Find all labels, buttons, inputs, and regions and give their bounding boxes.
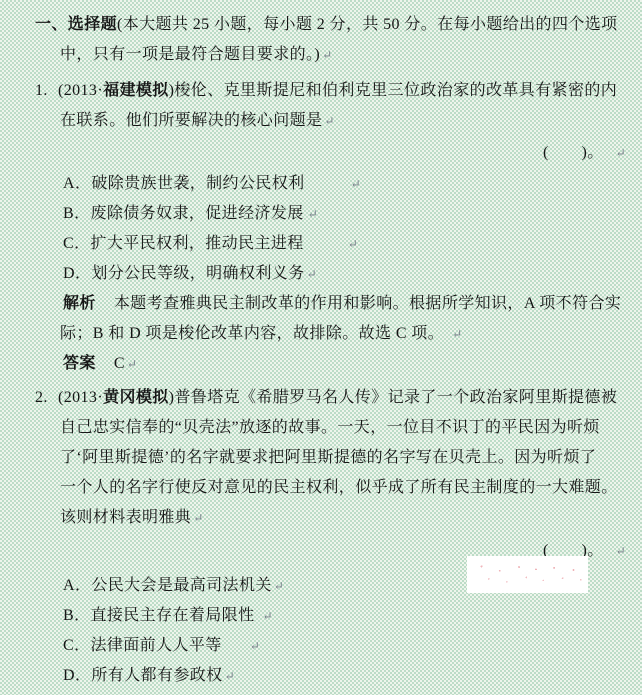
q2-option-b: B．直接民主存在着局限性↵: [63, 606, 273, 626]
paragraph-mark-icon: ↵: [193, 511, 203, 525]
q1-option-b: B．废除债务奴隶，促进经济发展↵: [63, 204, 318, 224]
paragraph-mark-icon: ↵: [348, 237, 358, 251]
q2-option-a-text: A．公民大会是最高司法机关: [63, 577, 272, 594]
q2-option-d-text: D．所有人都有参政权: [63, 667, 223, 684]
exam-document-page: 一、选择题(本大题共 25 小题，每小题 2 分，共 50 分。在每小题给出的四…: [0, 0, 642, 695]
q1-answer-line: 答案C↵: [63, 354, 137, 374]
q1-option-d: D．划分公民等级，明确权利义务↵: [63, 264, 317, 284]
question-2-line4: 一个人的名字行使反对意见的民主权利，似乎成了所有民主制度的一大难题。: [60, 478, 618, 498]
q2-option-c: C．法律面前人人平等↵: [63, 636, 260, 656]
question-2-line5: 该则材料表明雅典↵: [60, 508, 203, 528]
question-2-line2: 自己忠实信奉的“贝壳法”放逐的故事。一天，一位目不识丁的平民因为听烦: [60, 418, 600, 438]
q2-line1-post: )普鲁塔克《希腊罗马名人传》记录了一个政治家阿里斯提德被: [169, 389, 618, 406]
question-1-number: 1.: [35, 81, 58, 101]
q1-line1-pre: (2013·: [58, 82, 103, 99]
section-header-rest: (本大题共 25 小题，每小题 2 分，共 50 分。在每小题给出的四个选项: [117, 16, 618, 33]
question-1-line2: 在联系。他们所要解决的核心问题是↵: [60, 111, 334, 131]
paragraph-mark-icon: ↵: [351, 177, 361, 191]
q1-analysis-line1: 解析本题考查雅典民主制改革的作用和影响。根据所学知识，A 项不符合实: [63, 294, 621, 314]
q2-line1-pre: (2013·: [58, 389, 103, 406]
question-2-line1: 2.(2013·黄冈模拟)普鲁塔克《希腊罗马名人传》记录了一个政治家阿里斯提德被: [35, 388, 617, 408]
paragraph-mark-icon: ↵: [250, 639, 260, 653]
section-header-line2-text: 中，只有一项是最符合题目要求的。): [60, 46, 320, 63]
question-2-line3: 了‘阿里斯提德’的名字就要求把阿里斯提德的名字写在贝壳上。因为听烦了: [60, 448, 596, 468]
q1-source: 福建模拟: [103, 82, 169, 99]
question-1-answer-bracket: ( )。↵: [543, 143, 626, 163]
q2-line3-text: 了‘阿里斯提德’的名字就要求把阿里斯提德的名字写在贝壳上。因为听烦了: [60, 449, 596, 466]
section-header-line1: 一、选择题(本大题共 25 小题，每小题 2 分，共 50 分。在每小题给出的四…: [35, 15, 618, 35]
q2-option-c-text: C．法律面前人人平等: [63, 637, 222, 654]
q2-source: 黄冈模拟: [103, 389, 169, 406]
q2-option-b-text: B．直接民主存在着局限性: [63, 607, 254, 624]
paragraph-mark-icon: ↵: [324, 114, 334, 128]
q1-answer-value: C: [114, 355, 125, 372]
q1-analysis-line1-text: 本题考查雅典民主制改革的作用和影响。根据所学知识，A 项不符合实: [114, 295, 621, 312]
section-title: 一、选择题: [35, 16, 117, 33]
q1-option-a: A．破除贵族世袭，制约公民权利↵: [63, 174, 361, 194]
q2-option-d: D．所有人都有参政权↵: [63, 666, 235, 686]
q2-line2-text: 自己忠实信奉的“贝壳法”放逐的故事。一天，一位目不识丁的平民因为听烦: [60, 419, 600, 436]
q1-line1-post: )梭伦、克里斯提尼和伯利克里三位政治家的改革具有紧密的内: [169, 82, 618, 99]
q1-option-c: C．扩大平民权利，推动民主进程↵: [63, 234, 358, 254]
q2-line4-text: 一个人的名字行使反对意见的民主权利，似乎成了所有民主制度的一大难题。: [60, 479, 618, 496]
paragraph-mark-icon: ↵: [616, 544, 626, 558]
paragraph-mark-icon: ↵: [274, 579, 284, 593]
q1-analysis-line2-text: 际；B 和 D 项是梭伦改革内容，故排除。故选 C 项。: [60, 325, 444, 342]
paragraph-mark-icon: ↵: [307, 267, 317, 281]
q1-option-d-text: D．划分公民等级，明确权利义务: [63, 265, 305, 282]
paragraph-mark-icon: ↵: [452, 327, 462, 341]
answer-label: 答案: [63, 355, 96, 372]
watermark-box: [467, 556, 588, 593]
section-header-line2: 中，只有一项是最符合题目要求的。)↵: [60, 45, 332, 65]
question-1-line1: 1.(2013·福建模拟)梭伦、克里斯提尼和伯利克里三位政治家的改革具有紧密的内: [35, 81, 617, 101]
paragraph-mark-icon: ↵: [322, 48, 332, 62]
paragraph-mark-icon: ↵: [262, 609, 272, 623]
q1-bracket-text: ( )。: [543, 144, 604, 161]
q1-option-a-text: A．破除贵族世袭，制约公民权利: [63, 175, 305, 192]
q1-option-c-text: C．扩大平民权利，推动民主进程: [63, 235, 304, 252]
paragraph-mark-icon: ↵: [127, 357, 137, 371]
q1-analysis-line2: 际；B 和 D 项是梭伦改革内容，故排除。故选 C 项。↵: [60, 324, 462, 344]
question-2-number: 2.: [35, 388, 58, 408]
q1-line2-text: 在联系。他们所要解决的核心问题是: [60, 112, 322, 129]
q2-line5-text: 该则材料表明雅典: [60, 509, 191, 526]
q1-option-b-text: B．废除债务奴隶，促进经济发展: [63, 205, 304, 222]
analysis-label: 解析: [63, 295, 96, 312]
paragraph-mark-icon: ↵: [616, 146, 626, 160]
paragraph-mark-icon: ↵: [308, 207, 318, 221]
paragraph-mark-icon: ↵: [225, 669, 235, 683]
q2-option-a: A．公民大会是最高司法机关↵: [63, 576, 284, 596]
